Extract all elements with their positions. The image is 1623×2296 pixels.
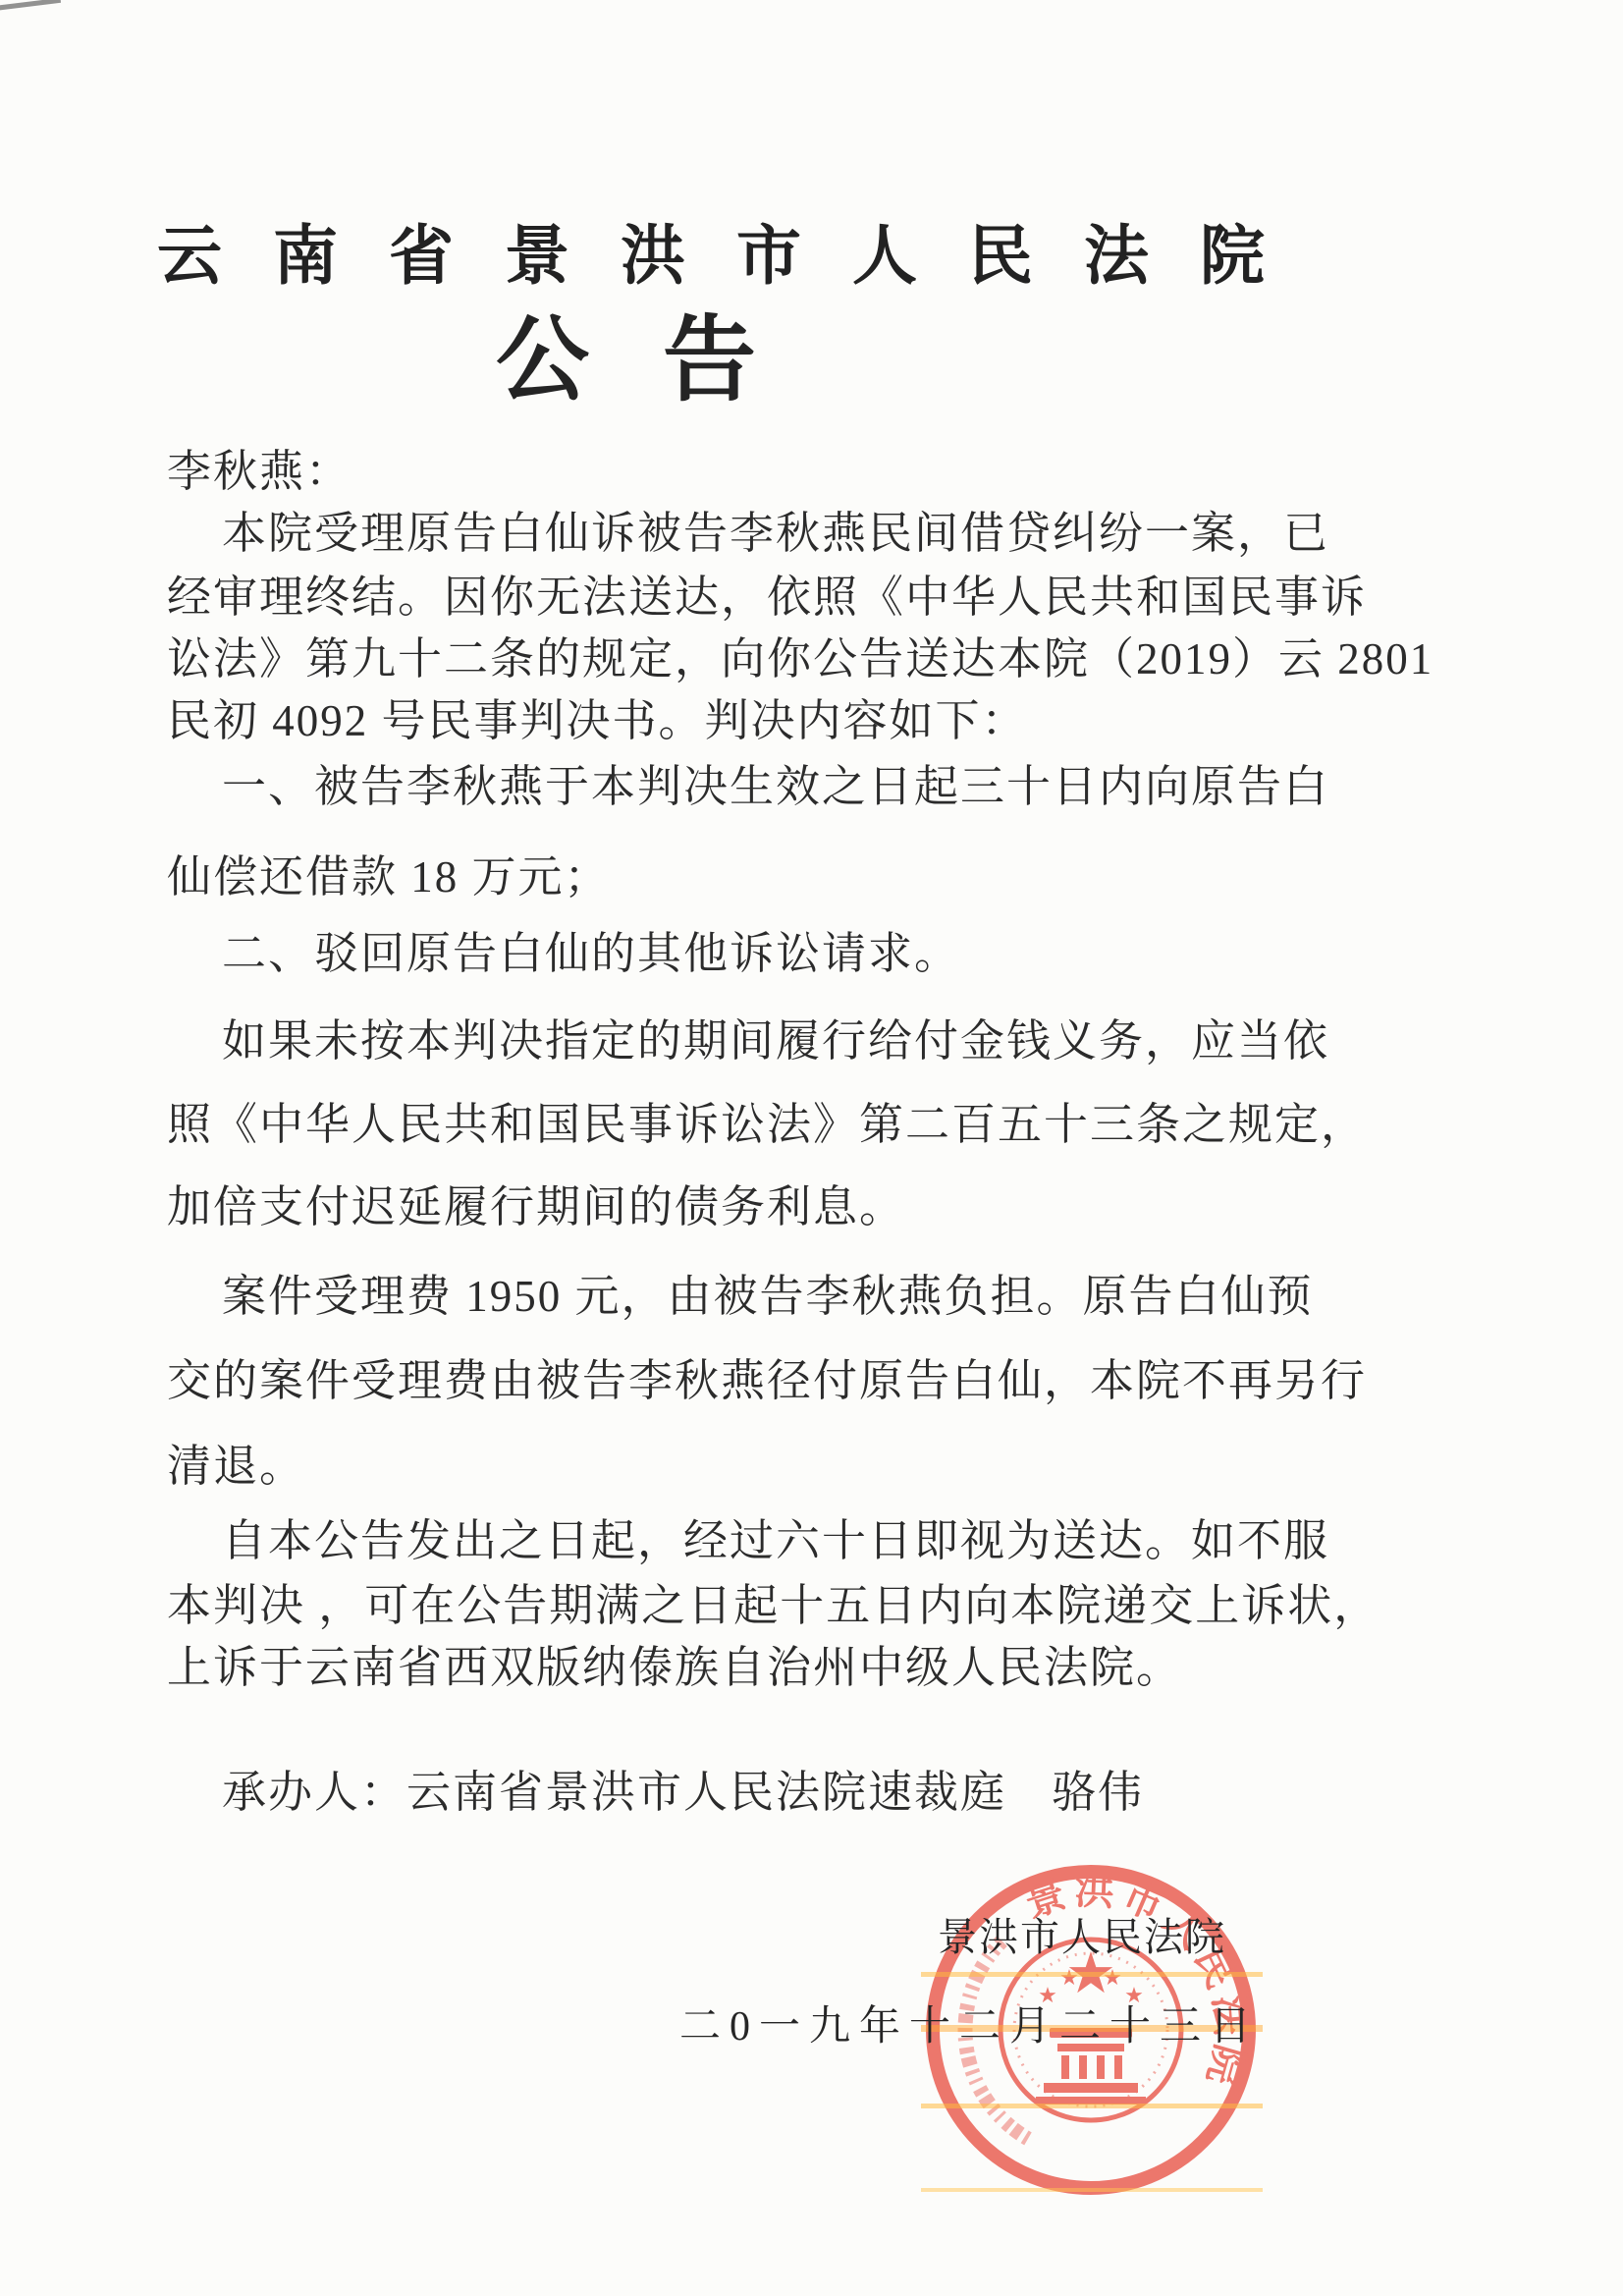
document-line: 交的案件受理费由被告李秋燕径付原告白仙，本院不再另行 <box>167 1356 1367 1407</box>
salutation-line: 李秋燕： <box>167 447 352 498</box>
emblem-small-star-icon: ★ <box>1059 1966 1079 1991</box>
scanned-court-notice-page: 云南省景洪市人民法院 公告 李秋燕： 本院受理原告白仙诉被告李秋燕民间借贷纠纷一… <box>0 0 1623 2296</box>
document-line: 二、驳回原告白仙的其他诉讼请求。 <box>222 929 960 980</box>
document-line: 自本公告发出之日起，经过六十日即视为送达。如不服 <box>222 1516 1329 1567</box>
emblem-small-star-icon: ★ <box>1103 1966 1122 1991</box>
document-line: 如果未按本判决指定的期间履行给付金钱义务，应当依 <box>222 1016 1329 1067</box>
document-line: 加倍支付迟延履行期间的债务利息。 <box>167 1182 905 1233</box>
document-line: 上诉于云南省西双版纳傣族自治州中级人民法院。 <box>167 1643 1182 1694</box>
document-line: 民初 4092 号民事判决书。判决内容如下： <box>167 696 1028 747</box>
scanner-streak <box>921 1972 1263 1977</box>
document-line: 案件受理费 1950 元，由被告李秋燕负担。原告白仙预 <box>222 1272 1314 1323</box>
seal-arc-text: 景洪市人民法院 <box>1020 1868 1254 2096</box>
notice-title: 公告 <box>496 314 830 408</box>
document-line: 照《中华人民共和国民事诉讼法》第二百五十三条之规定， <box>167 1100 1367 1151</box>
signoff-court-name: 景洪市人民法院 <box>938 1915 1226 1960</box>
handler-name: 骆伟 <box>1052 1768 1144 1819</box>
document-line: 经审理终结。因你无法送达，依照《中华人民共和国民事诉 <box>167 573 1367 624</box>
scanner-streak <box>921 2188 1263 2192</box>
document-line: 讼法》第九十二条的规定，向你公告送达本院（2019）云 2801 <box>167 634 1434 685</box>
signoff-date: 二0一九年十二月二十三日 <box>679 2003 1260 2050</box>
handler-line: 承办人：云南省景洪市人民法院速裁庭骆伟 <box>222 1768 1144 1819</box>
document-line: 清退。 <box>167 1442 305 1493</box>
document-line: 本院受理原告白仙诉被告李秋燕民间借贷纠纷一案，已 <box>222 509 1329 560</box>
scan-edge-artifact <box>0 0 61 11</box>
document-line: 本判决 ，可在公告期满之日起十五日内向本院递交上诉状， <box>167 1581 1380 1632</box>
court-title: 云南省景洪市人民法院 <box>157 224 1316 289</box>
document-line: 仙偿还借款 18 万元； <box>167 852 611 903</box>
seal-arc-text-container: 景洪市人民法院 <box>1020 1868 1254 2096</box>
handler-label: 承办人：云南省景洪市人民法院速裁庭 <box>222 1768 1006 1817</box>
scanner-streak <box>921 2104 1263 2108</box>
document-line: 一、被告李秋燕于本判决生效之日起三十日内向原告白 <box>222 762 1329 813</box>
